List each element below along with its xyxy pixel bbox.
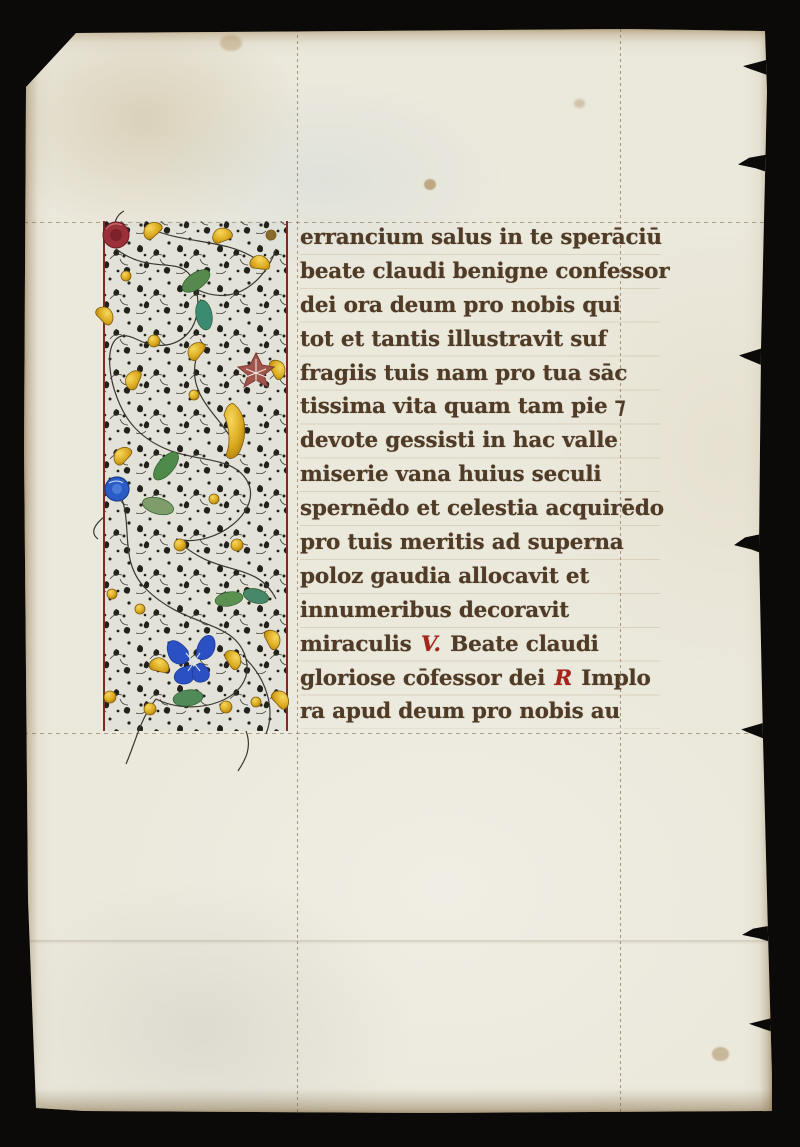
parchment-stain bbox=[712, 1047, 729, 1061]
binding-notch bbox=[746, 1017, 776, 1033]
manuscript-text-line: innumeribus decoravit bbox=[300, 594, 660, 628]
panel-border-line-left bbox=[103, 221, 105, 731]
manuscript-text-line: beate claudi benigne confessor bbox=[300, 255, 660, 289]
manuscript-text-line: fragiis tuis nam pro tua sāc bbox=[300, 357, 660, 391]
red-rose bbox=[103, 222, 129, 248]
manuscript-text-line: miraculis V. Beate claudi bbox=[300, 628, 660, 662]
versicle-mark: V. bbox=[419, 632, 443, 657]
photo-background: errancium salus in te sperāciū beate cla… bbox=[0, 0, 800, 1147]
manuscript-text-line: errancium salus in te sperāciū bbox=[300, 221, 660, 255]
manuscript-text-line: tot et tantis illustravit suf bbox=[300, 323, 660, 357]
ruling-line-vertical-left bbox=[297, 29, 298, 1113]
illuminated-border-panel bbox=[96, 219, 296, 739]
binding-notch bbox=[736, 347, 766, 367]
manuscript-text-line: gloriose cōfessor dei R Implo bbox=[300, 662, 660, 696]
binding-notch bbox=[740, 59, 770, 76]
response-mark: R bbox=[552, 666, 574, 691]
manuscript-text-line: poloz gaudia allocavit et bbox=[300, 560, 660, 594]
manuscript-text-line: devote gessisti in hac valle bbox=[300, 424, 660, 458]
text-block: errancium salus in te sperāciū beate cla… bbox=[300, 221, 660, 729]
panel-border-line-right bbox=[286, 221, 288, 731]
manuscript-text-line: dei ora deum pro nobis qui bbox=[300, 289, 660, 323]
manuscript-text-line: pro tuis meritis ad superna bbox=[300, 526, 660, 560]
manuscript-leaf: errancium salus in te sperāciū beate cla… bbox=[24, 29, 772, 1113]
parchment-stain bbox=[424, 179, 436, 190]
manuscript-text-line: ra apud deum pro nobis au bbox=[300, 695, 660, 729]
blue-cornflower bbox=[105, 477, 129, 501]
parchment-stain bbox=[220, 35, 242, 51]
manuscript-text-line: spernēdo et celestia acquirēdo bbox=[300, 492, 660, 526]
binding-notch bbox=[738, 721, 770, 741]
binding-notch bbox=[734, 533, 766, 555]
parchment-crease bbox=[24, 940, 772, 942]
binding-notch bbox=[738, 154, 770, 173]
parchment-stain bbox=[574, 99, 585, 108]
manuscript-text-line: miserie vana huius seculi bbox=[300, 458, 660, 492]
manuscript-text-line: tissima vita quam tam pie ⁊ bbox=[300, 390, 660, 424]
